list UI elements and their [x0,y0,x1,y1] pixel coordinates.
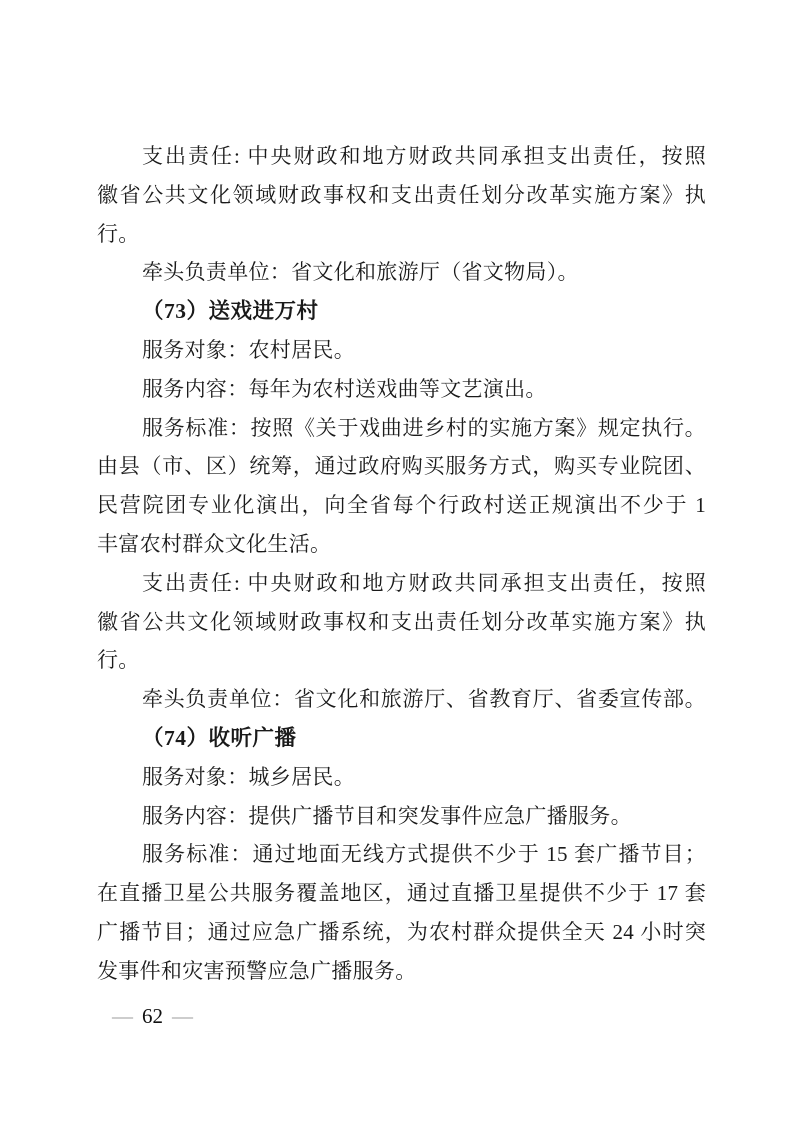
section-74-heading: （74）收听广播 [97,719,706,758]
item73-service-standard-line-3: 民营院团专业化演出，向全省每个行政村送正规演出不少于 1 场， [97,486,706,525]
item72-expenditure-line-2: 徽省公共文化领域财政事权和支出责任划分改革实施方案》执 [97,176,706,215]
item73-service-target-line: 服务对象：农村居民。 [97,331,706,370]
item73-lead-unit-line: 牵头负责单位：省文化和旅游厅、省教育厅、省委宣传部。 [97,680,706,719]
footer-dash-left: — [112,1004,133,1028]
item74-service-content-line: 服务内容：提供广播节目和突发事件应急广播服务。 [97,797,706,836]
section-73-heading: （73）送戏进万村 [97,292,706,331]
item74-service-standard-line-2: 在直播卫星公共服务覆盖地区，通过直播卫星提供不少于 17 套 [97,874,706,913]
item72-expenditure-line-3: 行。 [97,215,706,254]
item74-service-standard-line-3: 广播节目；通过应急广播系统，为农村群众提供全天 24 小时突 [97,913,706,952]
item73-service-standard-line-1: 服务标准：按照《关于戏曲进乡村的实施方案》规定执行。 [97,409,706,448]
item73-service-content-line: 服务内容：每年为农村送戏曲等文艺演出。 [97,370,706,409]
item73-service-standard-line-2: 由县（市、区）统筹，通过政府购买服务方式，购买专业院团、 [97,447,706,486]
item73-expenditure-line-1: 支出责任: 中央财政和地方财政共同承担支出责任，按照《安 [97,564,706,603]
footer-dash-right: — [172,1004,193,1028]
item74-service-standard-line-1: 服务标准：通过地面无线方式提供不少于 15 套广播节目； [97,835,706,874]
item73-service-standard-line-4: 丰富农村群众文化生活。 [97,525,706,564]
item74-service-standard-line-4: 发事件和灾害预警应急广播服务。 [97,952,706,991]
item72-lead-unit-line: 牵头负责单位：省文化和旅游厅（省文物局）。 [97,253,706,292]
item73-expenditure-line-2: 徽省公共文化领域财政事权和支出责任划分改革实施方案》执 [97,603,706,642]
page-footer: —62— [112,1001,193,1031]
item74-service-target-line: 服务对象：城乡居民。 [97,758,706,797]
item73-expenditure-line-3: 行。 [97,641,706,680]
document-body: 支出责任: 中央财政和地方财政共同承担支出责任，按照《安 徽省公共文化领域财政事… [97,137,706,991]
pdf-page: 支出责任: 中央财政和地方财政共同承担支出责任，按照《安 徽省公共文化领域财政事… [0,0,793,1122]
page-number: 62 [142,1004,163,1028]
item72-expenditure-line-1: 支出责任: 中央财政和地方财政共同承担支出责任，按照《安 [97,137,706,176]
